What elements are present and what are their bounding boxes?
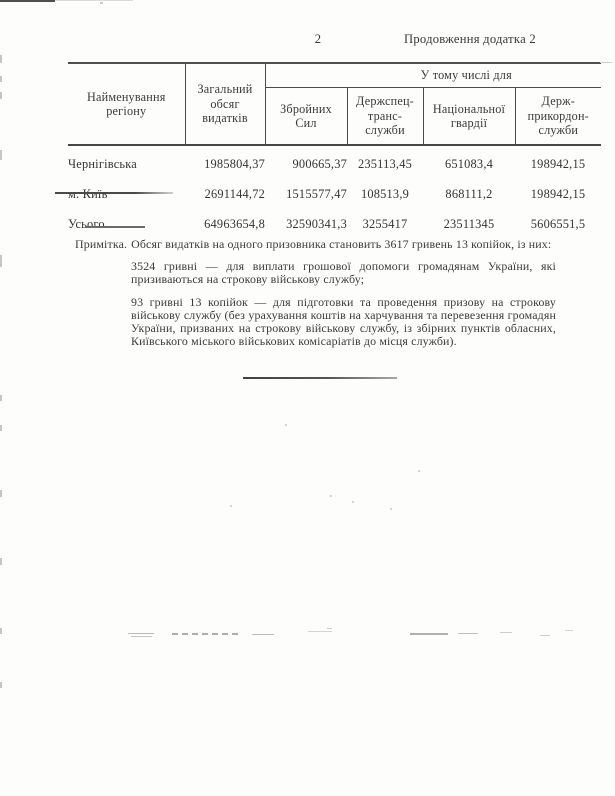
scan-speck [418,470,420,472]
scan-smudge [500,632,512,633]
appendix-continuation-label: Продовження додатка 2 [404,32,536,47]
column-header-region: Найменування регіону [68,63,185,145]
scan-edge-tick [0,628,2,634]
scan-smudge [308,631,332,632]
border-service-cell: 198942,15 [515,176,601,206]
table-row: Чернігівська 1985804,37 900665,37 235113… [68,145,601,176]
scanned-document-page: { "page": { "number": "2", "header_right… [0,0,615,796]
row-underline-artifact [55,192,173,194]
region-name-cell: Чернігівська [68,145,185,176]
separator-line [243,377,397,379]
note-label: Примітка. [75,237,131,251]
short-line-artifact [85,226,145,228]
column-header-border-service: Держ- прикордон- служби [515,88,601,146]
total-cell: 1985804,37 [185,145,265,176]
total-cell: 2691144,72 [185,176,265,206]
scan-speck [285,424,287,426]
note-item: 3524 гривні — для виплати грошової допом… [131,260,556,286]
scan-smudge [458,633,478,634]
border-service-cell: 198942,15 [515,145,601,176]
scan-edge-tick [0,558,2,565]
scan-edge-tick [0,490,2,497]
scan-edge-mark [0,0,55,2]
scan-line-fade [600,62,612,63]
scan-smudge [172,633,242,635]
region-name-cell: Усього [68,206,185,236]
scan-speck [390,508,392,510]
scan-smudge [252,634,274,635]
scan-edge-tick [0,76,2,82]
column-group-header-including-for: У тому числі для [265,63,601,88]
scan-edge-tick [0,395,2,401]
note-intro-text: Обсяг видатків на одного призовника стан… [131,237,551,251]
armed-forces-cell: 32590341,3 [265,206,347,236]
armed-forces-cell: 1515577,47 [265,176,347,206]
scan-edge-tick [0,92,2,99]
scan-speck [230,505,232,507]
scan-speck [100,2,103,4]
table-row-total: Усього 64963654,8 32590341,3 3255417 235… [68,206,601,236]
note-section: Примітка.Обсяг видатків на одного призов… [75,238,575,348]
national-guard-cell: 651083,4 [423,145,515,176]
scan-speck [352,501,354,503]
scan-smudge [327,628,332,629]
scan-edge-tick [0,150,2,160]
scan-smudge [131,636,152,637]
note-item: 93 гривні 13 копійок — для підготовки та… [131,296,556,348]
column-header-national-guard: Національної гвардії [423,88,515,146]
special-transport-cell: 108513,9 [347,176,423,206]
scan-edge-tick [0,682,2,688]
scan-smudge [410,633,448,635]
special-transport-cell: 235113,45 [347,145,423,176]
special-transport-cell: 3255417 [347,206,423,236]
region-name-cell: м. Київ [68,176,185,206]
national-guard-cell: 868111,2 [423,176,515,206]
scan-smudge [128,633,154,634]
national-guard-cell: 23511345 [423,206,515,236]
table-row: м. Київ 2691144,72 1515577,47 108513,9 8… [68,176,601,206]
column-header-armed-forces: Збройних Сил [265,88,347,146]
column-header-special-transport-service: Держспец- транс- служби [347,88,423,146]
column-header-total-expenditures: Загальний обсяг видатків [185,63,265,145]
total-cell: 64963654,8 [185,206,265,236]
note-intro-line: Примітка.Обсяг видатків на одного призов… [75,238,575,251]
expenditures-table: Найменування регіону Загальний обсяг вид… [68,62,601,236]
scan-edge-tick [0,425,2,431]
scan-speck [330,495,332,497]
scan-edge-tick [0,55,2,63]
scan-smudge [565,630,573,631]
page-number: 2 [308,32,328,47]
scan-edge-tick [0,255,2,267]
scan-smudge [540,635,550,636]
armed-forces-cell: 900665,37 [265,145,347,176]
scan-edge-mark [55,0,133,1]
border-service-cell: 5606551,5 [515,206,601,236]
